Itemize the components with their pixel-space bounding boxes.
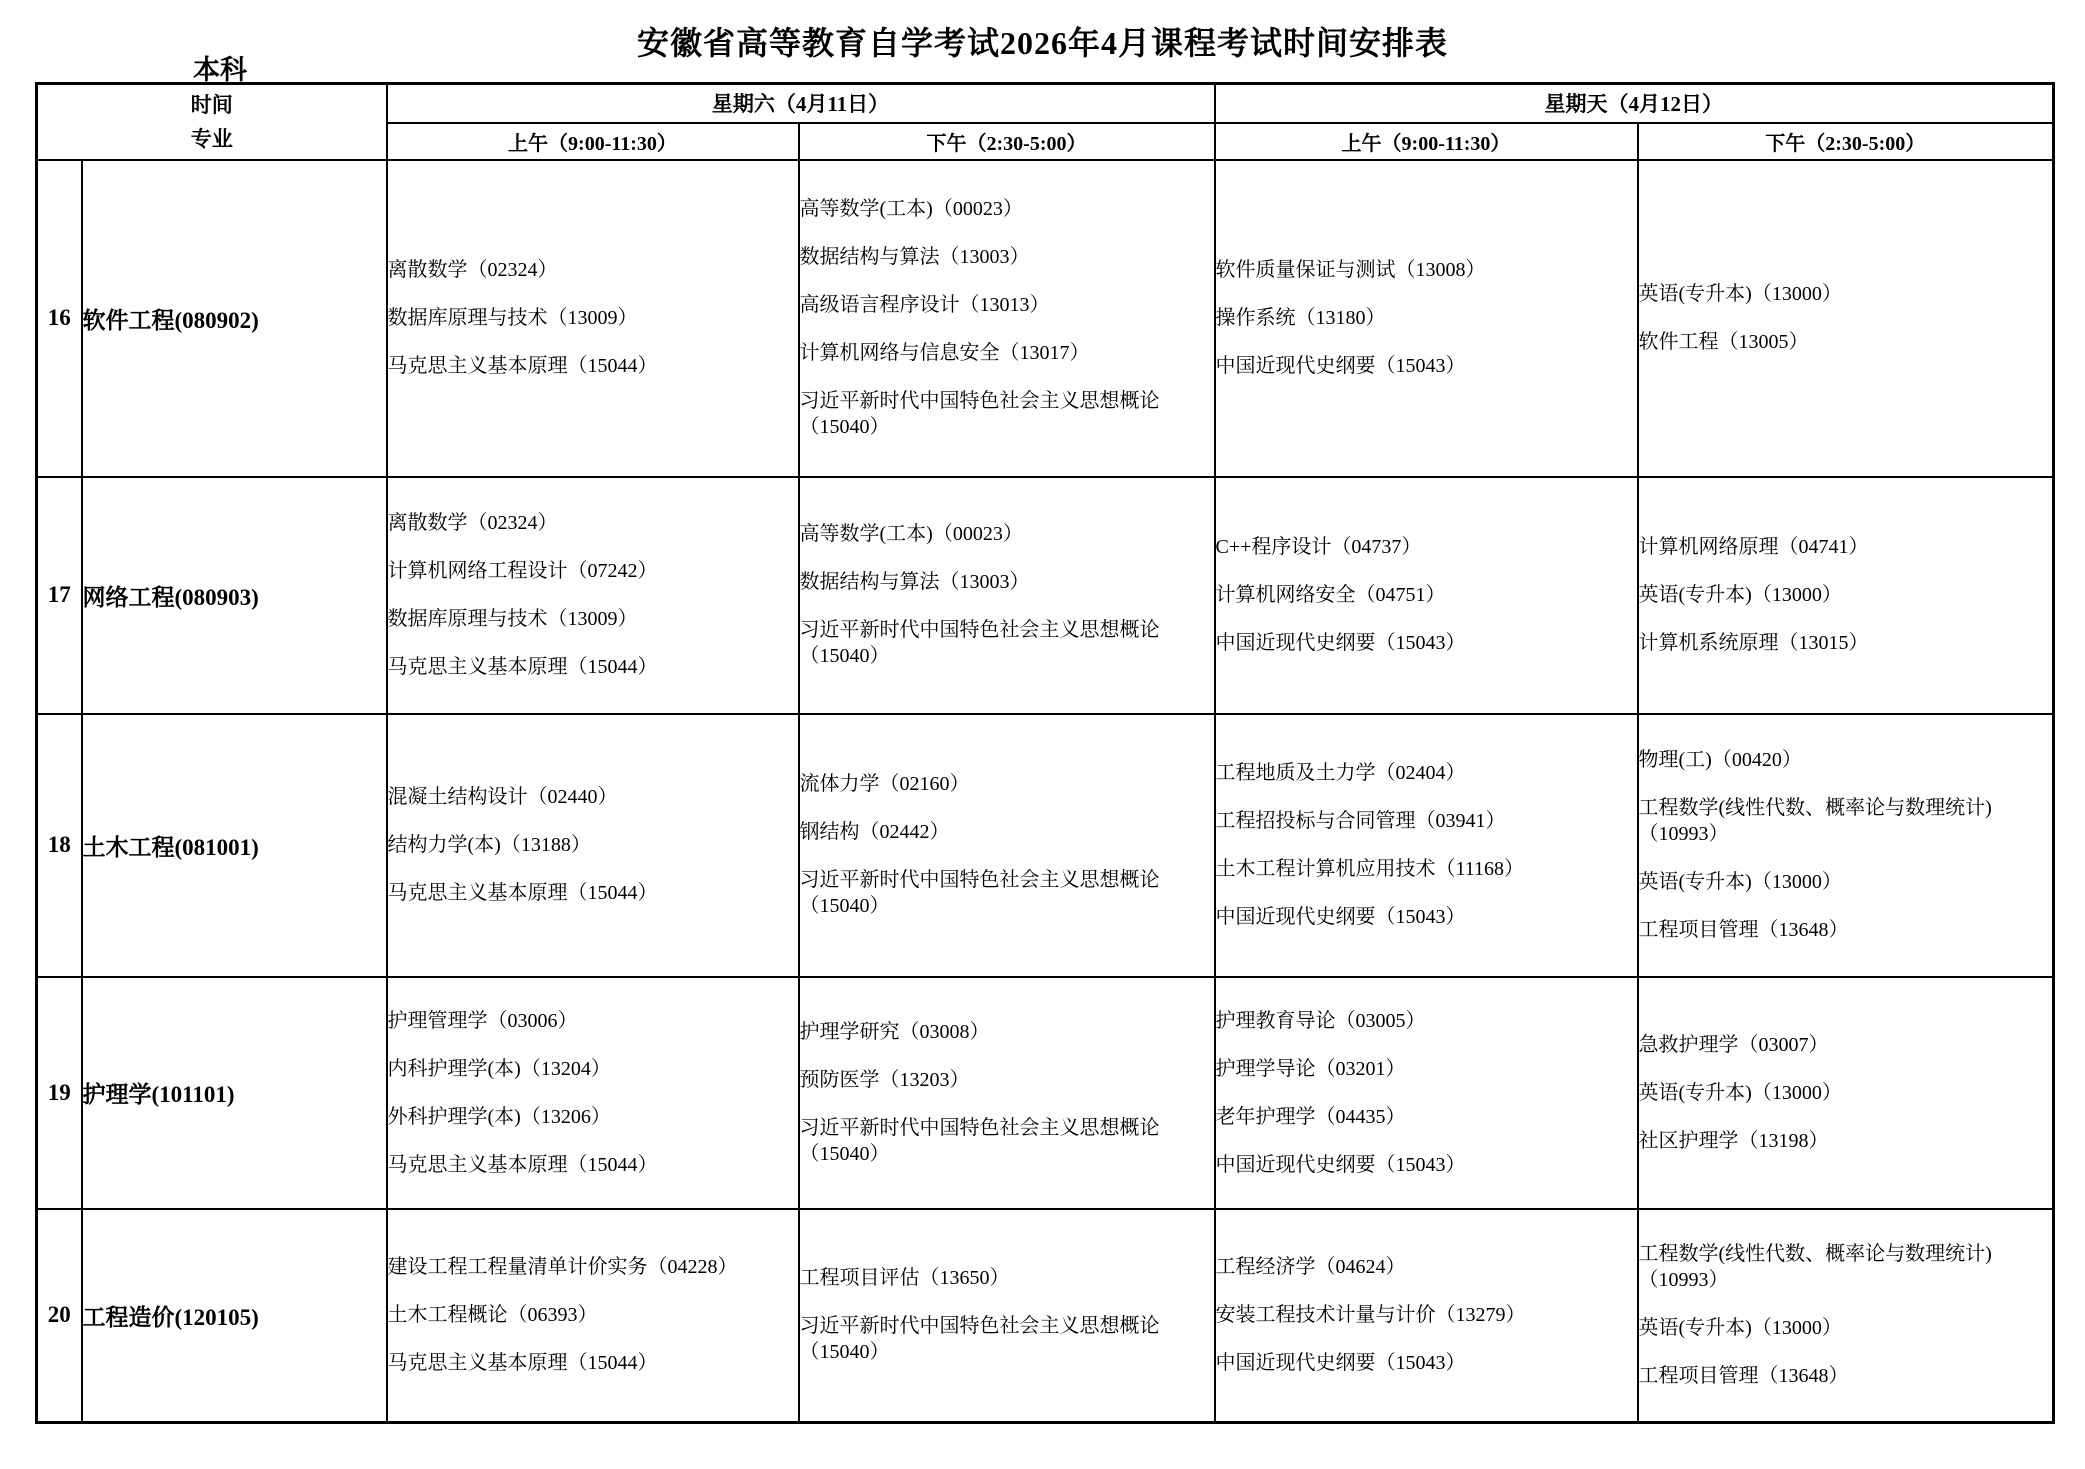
course-item: 马克思主义基本原理（15044） bbox=[388, 353, 798, 379]
course-item: 习近平新时代中国特色社会主义思想概论（15040） bbox=[800, 867, 1214, 919]
course-item: 中国近现代史纲要（15043） bbox=[1216, 353, 1637, 379]
courses-sun-pm: 英语(专升本)（13000）软件工程（13005） bbox=[1638, 160, 2054, 477]
row-number: 17 bbox=[37, 477, 82, 714]
course-item: 护理管理学（03006） bbox=[388, 1008, 798, 1034]
course-item: 软件工程（13005） bbox=[1639, 329, 2053, 355]
major-name: 软件工程(080902) bbox=[82, 160, 387, 477]
course-item: 计算机网络与信息安全（13017） bbox=[800, 340, 1214, 366]
course-item: 习近平新时代中国特色社会主义思想概论（15040） bbox=[800, 1115, 1214, 1167]
course-item: 高级语言程序设计（13013） bbox=[800, 292, 1214, 318]
row-number: 16 bbox=[37, 160, 82, 477]
course-item: 中国近现代史纲要（15043） bbox=[1216, 904, 1637, 930]
course-item: 高等数学(工本)（00023） bbox=[800, 521, 1214, 547]
course-item: 数据结构与算法（13003） bbox=[800, 569, 1214, 595]
course-item: 土木工程概论（06393） bbox=[388, 1302, 798, 1328]
course-item: 计算机网络工程设计（07242） bbox=[388, 558, 798, 584]
course-item: 离散数学（02324） bbox=[388, 257, 798, 283]
courses-sat-am: 离散数学（02324）数据库原理与技术（13009）马克思主义基本原理（1504… bbox=[387, 160, 799, 477]
course-item: 外科护理学(本)（13206） bbox=[388, 1104, 798, 1130]
course-item: 中国近现代史纲要（15043） bbox=[1216, 630, 1637, 656]
course-item: 建设工程工程量清单计价实务（04228） bbox=[388, 1254, 798, 1280]
course-item: 马克思主义基本原理（15044） bbox=[388, 880, 798, 906]
courses-sun-pm: 急救护理学（03007）英语(专升本)（13000）社区护理学（13198） bbox=[1638, 977, 2054, 1209]
course-item: 英语(专升本)（13000） bbox=[1639, 1080, 2053, 1106]
major-name: 网络工程(080903) bbox=[82, 477, 387, 714]
course-item: 高等数学(工本)（00023） bbox=[800, 196, 1214, 222]
row-number: 18 bbox=[37, 714, 82, 977]
course-item: 马克思主义基本原理（15044） bbox=[388, 1152, 798, 1178]
course-item: 计算机系统原理（13015） bbox=[1639, 630, 2053, 656]
courses-sun-am: 软件质量保证与测试（13008）操作系统（13180）中国近现代史纲要（1504… bbox=[1215, 160, 1638, 477]
major-name: 土木工程(081001) bbox=[82, 714, 387, 977]
table-row: 20 工程造价(120105) 建设工程工程量清单计价实务（04228）土木工程… bbox=[37, 1209, 2054, 1423]
course-item: 预防医学（13203） bbox=[800, 1067, 1214, 1093]
page-title: 安徽省高等教育自学考试2026年4月课程考试时间安排表 bbox=[0, 18, 2085, 64]
course-item: C++程序设计（04737） bbox=[1216, 534, 1637, 560]
exam-schedule-table: 时间 专业 星期六（4月11日） 星期天（4月12日） 上午（9:00-11:3… bbox=[35, 82, 2055, 1424]
course-item: 习近平新时代中国特色社会主义思想概论（15040） bbox=[800, 388, 1214, 440]
course-item: 土木工程计算机应用技术（11168） bbox=[1216, 856, 1637, 882]
course-item: 数据库原理与技术（13009） bbox=[388, 606, 798, 632]
course-item: 工程招投标与合同管理（03941） bbox=[1216, 808, 1637, 834]
courses-sat-pm: 流体力学（02160）钢结构（02442）习近平新时代中国特色社会主义思想概论（… bbox=[799, 714, 1215, 977]
major-name: 工程造价(120105) bbox=[82, 1209, 387, 1423]
course-item: 护理学导论（03201） bbox=[1216, 1056, 1637, 1082]
course-item: 工程地质及土力学（02404） bbox=[1216, 760, 1637, 786]
course-item: 工程项目管理（13648） bbox=[1639, 917, 2053, 943]
course-item: 安装工程技术计量与计价（13279） bbox=[1216, 1302, 1637, 1328]
session-header-sat-pm: 下午（2:30-5:00） bbox=[799, 123, 1215, 160]
course-item: 护理学研究（03008） bbox=[800, 1019, 1214, 1045]
day-header-saturday: 星期六（4月11日） bbox=[387, 84, 1215, 123]
course-item: 中国近现代史纲要（15043） bbox=[1216, 1152, 1637, 1178]
course-item: 工程数学(线性代数、概率论与数理统计)（10993） bbox=[1639, 1241, 2053, 1293]
course-item: 内科护理学(本)（13204） bbox=[388, 1056, 798, 1082]
course-item: 护理教育导论（03005） bbox=[1216, 1008, 1637, 1034]
course-item: 结构力学(本)（13188） bbox=[388, 832, 798, 858]
course-item: 物理(工)（00420） bbox=[1639, 747, 2053, 773]
courses-sun-pm: 计算机网络原理（04741）英语(专升本)（13000）计算机系统原理（1301… bbox=[1638, 477, 2054, 714]
session-header-sat-am: 上午（9:00-11:30） bbox=[387, 123, 799, 160]
course-item: 习近平新时代中国特色社会主义思想概论（15040） bbox=[800, 1313, 1214, 1365]
table-row: 18 土木工程(081001) 混凝土结构设计（02440）结构力学(本)（13… bbox=[37, 714, 2054, 977]
courses-sat-pm: 高等数学(工本)（00023）数据结构与算法（13003）高级语言程序设计（13… bbox=[799, 160, 1215, 477]
corner-time-label: 时间 bbox=[38, 88, 386, 122]
courses-sun-am: 工程经济学（04624）安装工程技术计量与计价（13279）中国近现代史纲要（1… bbox=[1215, 1209, 1638, 1423]
course-item: 数据库原理与技术（13009） bbox=[388, 305, 798, 331]
day-header-sunday: 星期天（4月12日） bbox=[1215, 84, 2054, 123]
session-header-sun-am: 上午（9:00-11:30） bbox=[1215, 123, 1638, 160]
course-item: 英语(专升本)（13000） bbox=[1639, 1315, 2053, 1341]
major-name: 护理学(101101) bbox=[82, 977, 387, 1209]
courses-sun-am: 工程地质及土力学（02404）工程招投标与合同管理（03941）土木工程计算机应… bbox=[1215, 714, 1638, 977]
course-item: 混凝土结构设计（02440） bbox=[388, 784, 798, 810]
courses-sat-am: 离散数学（02324）计算机网络工程设计（07242）数据库原理与技术（1300… bbox=[387, 477, 799, 714]
course-item: 老年护理学（04435） bbox=[1216, 1104, 1637, 1130]
corner-time-major-cell: 时间 专业 bbox=[37, 84, 387, 160]
courses-sat-am: 护理管理学（03006）内科护理学(本)（13204）外科护理学(本)（1320… bbox=[387, 977, 799, 1209]
course-item: 工程经济学（04624） bbox=[1216, 1254, 1637, 1280]
session-header-sun-pm: 下午（2:30-5:00） bbox=[1638, 123, 2054, 160]
course-item: 马克思主义基本原理（15044） bbox=[388, 654, 798, 680]
course-item: 计算机网络原理（04741） bbox=[1639, 534, 2053, 560]
courses-sun-pm: 物理(工)（00420）工程数学(线性代数、概率论与数理统计)（10993）英语… bbox=[1638, 714, 2054, 977]
course-item: 工程项目评估（13650） bbox=[800, 1265, 1214, 1291]
course-item: 离散数学（02324） bbox=[388, 510, 798, 536]
page: 安徽省高等教育自学考试2026年4月课程考试时间安排表 本科 时间 专业 星期六… bbox=[0, 0, 2085, 1469]
course-item: 习近平新时代中国特色社会主义思想概论（15040） bbox=[800, 617, 1214, 669]
course-item: 工程数学(线性代数、概率论与数理统计)（10993） bbox=[1639, 795, 2053, 847]
courses-sat-pm: 护理学研究（03008）预防医学（13203）习近平新时代中国特色社会主义思想概… bbox=[799, 977, 1215, 1209]
course-item: 马克思主义基本原理（15044） bbox=[388, 1350, 798, 1376]
course-item: 计算机网络安全（04751） bbox=[1216, 582, 1637, 608]
row-number: 20 bbox=[37, 1209, 82, 1423]
courses-sat-pm: 工程项目评估（13650）习近平新时代中国特色社会主义思想概论（15040） bbox=[799, 1209, 1215, 1423]
course-item: 社区护理学（13198） bbox=[1639, 1128, 2053, 1154]
courses-sun-am: C++程序设计（04737）计算机网络安全（04751）中国近现代史纲要（150… bbox=[1215, 477, 1638, 714]
courses-sat-am: 混凝土结构设计（02440）结构力学(本)（13188）马克思主义基本原理（15… bbox=[387, 714, 799, 977]
table-row: 17 网络工程(080903) 离散数学（02324）计算机网络工程设计（072… bbox=[37, 477, 2054, 714]
course-item: 英语(专升本)（13000） bbox=[1639, 281, 2053, 307]
course-item: 钢结构（02442） bbox=[800, 819, 1214, 845]
table-row: 19 护理学(101101) 护理管理学（03006）内科护理学(本)（1320… bbox=[37, 977, 2054, 1209]
course-item: 工程项目管理（13648） bbox=[1639, 1363, 2053, 1389]
courses-sun-pm: 工程数学(线性代数、概率论与数理统计)（10993）英语(专升本)（13000）… bbox=[1638, 1209, 2054, 1423]
corner-major-label: 专业 bbox=[38, 122, 386, 156]
course-item: 操作系统（13180） bbox=[1216, 305, 1637, 331]
courses-sun-am: 护理教育导论（03005）护理学导论（03201）老年护理学（04435）中国近… bbox=[1215, 977, 1638, 1209]
course-item: 英语(专升本)（13000） bbox=[1639, 582, 2053, 608]
course-item: 中国近现代史纲要（15043） bbox=[1216, 1350, 1637, 1376]
course-item: 急救护理学（03007） bbox=[1639, 1032, 2053, 1058]
courses-sat-pm: 高等数学(工本)（00023）数据结构与算法（13003）习近平新时代中国特色社… bbox=[799, 477, 1215, 714]
course-item: 英语(专升本)（13000） bbox=[1639, 869, 2053, 895]
course-item: 流体力学（02160） bbox=[800, 771, 1214, 797]
courses-sat-am: 建设工程工程量清单计价实务（04228）土木工程概论（06393）马克思主义基本… bbox=[387, 1209, 799, 1423]
table-row: 16 软件工程(080902) 离散数学（02324）数据库原理与技术（1300… bbox=[37, 160, 2054, 477]
course-item: 软件质量保证与测试（13008） bbox=[1216, 257, 1637, 283]
course-item: 数据结构与算法（13003） bbox=[800, 244, 1214, 270]
row-number: 19 bbox=[37, 977, 82, 1209]
